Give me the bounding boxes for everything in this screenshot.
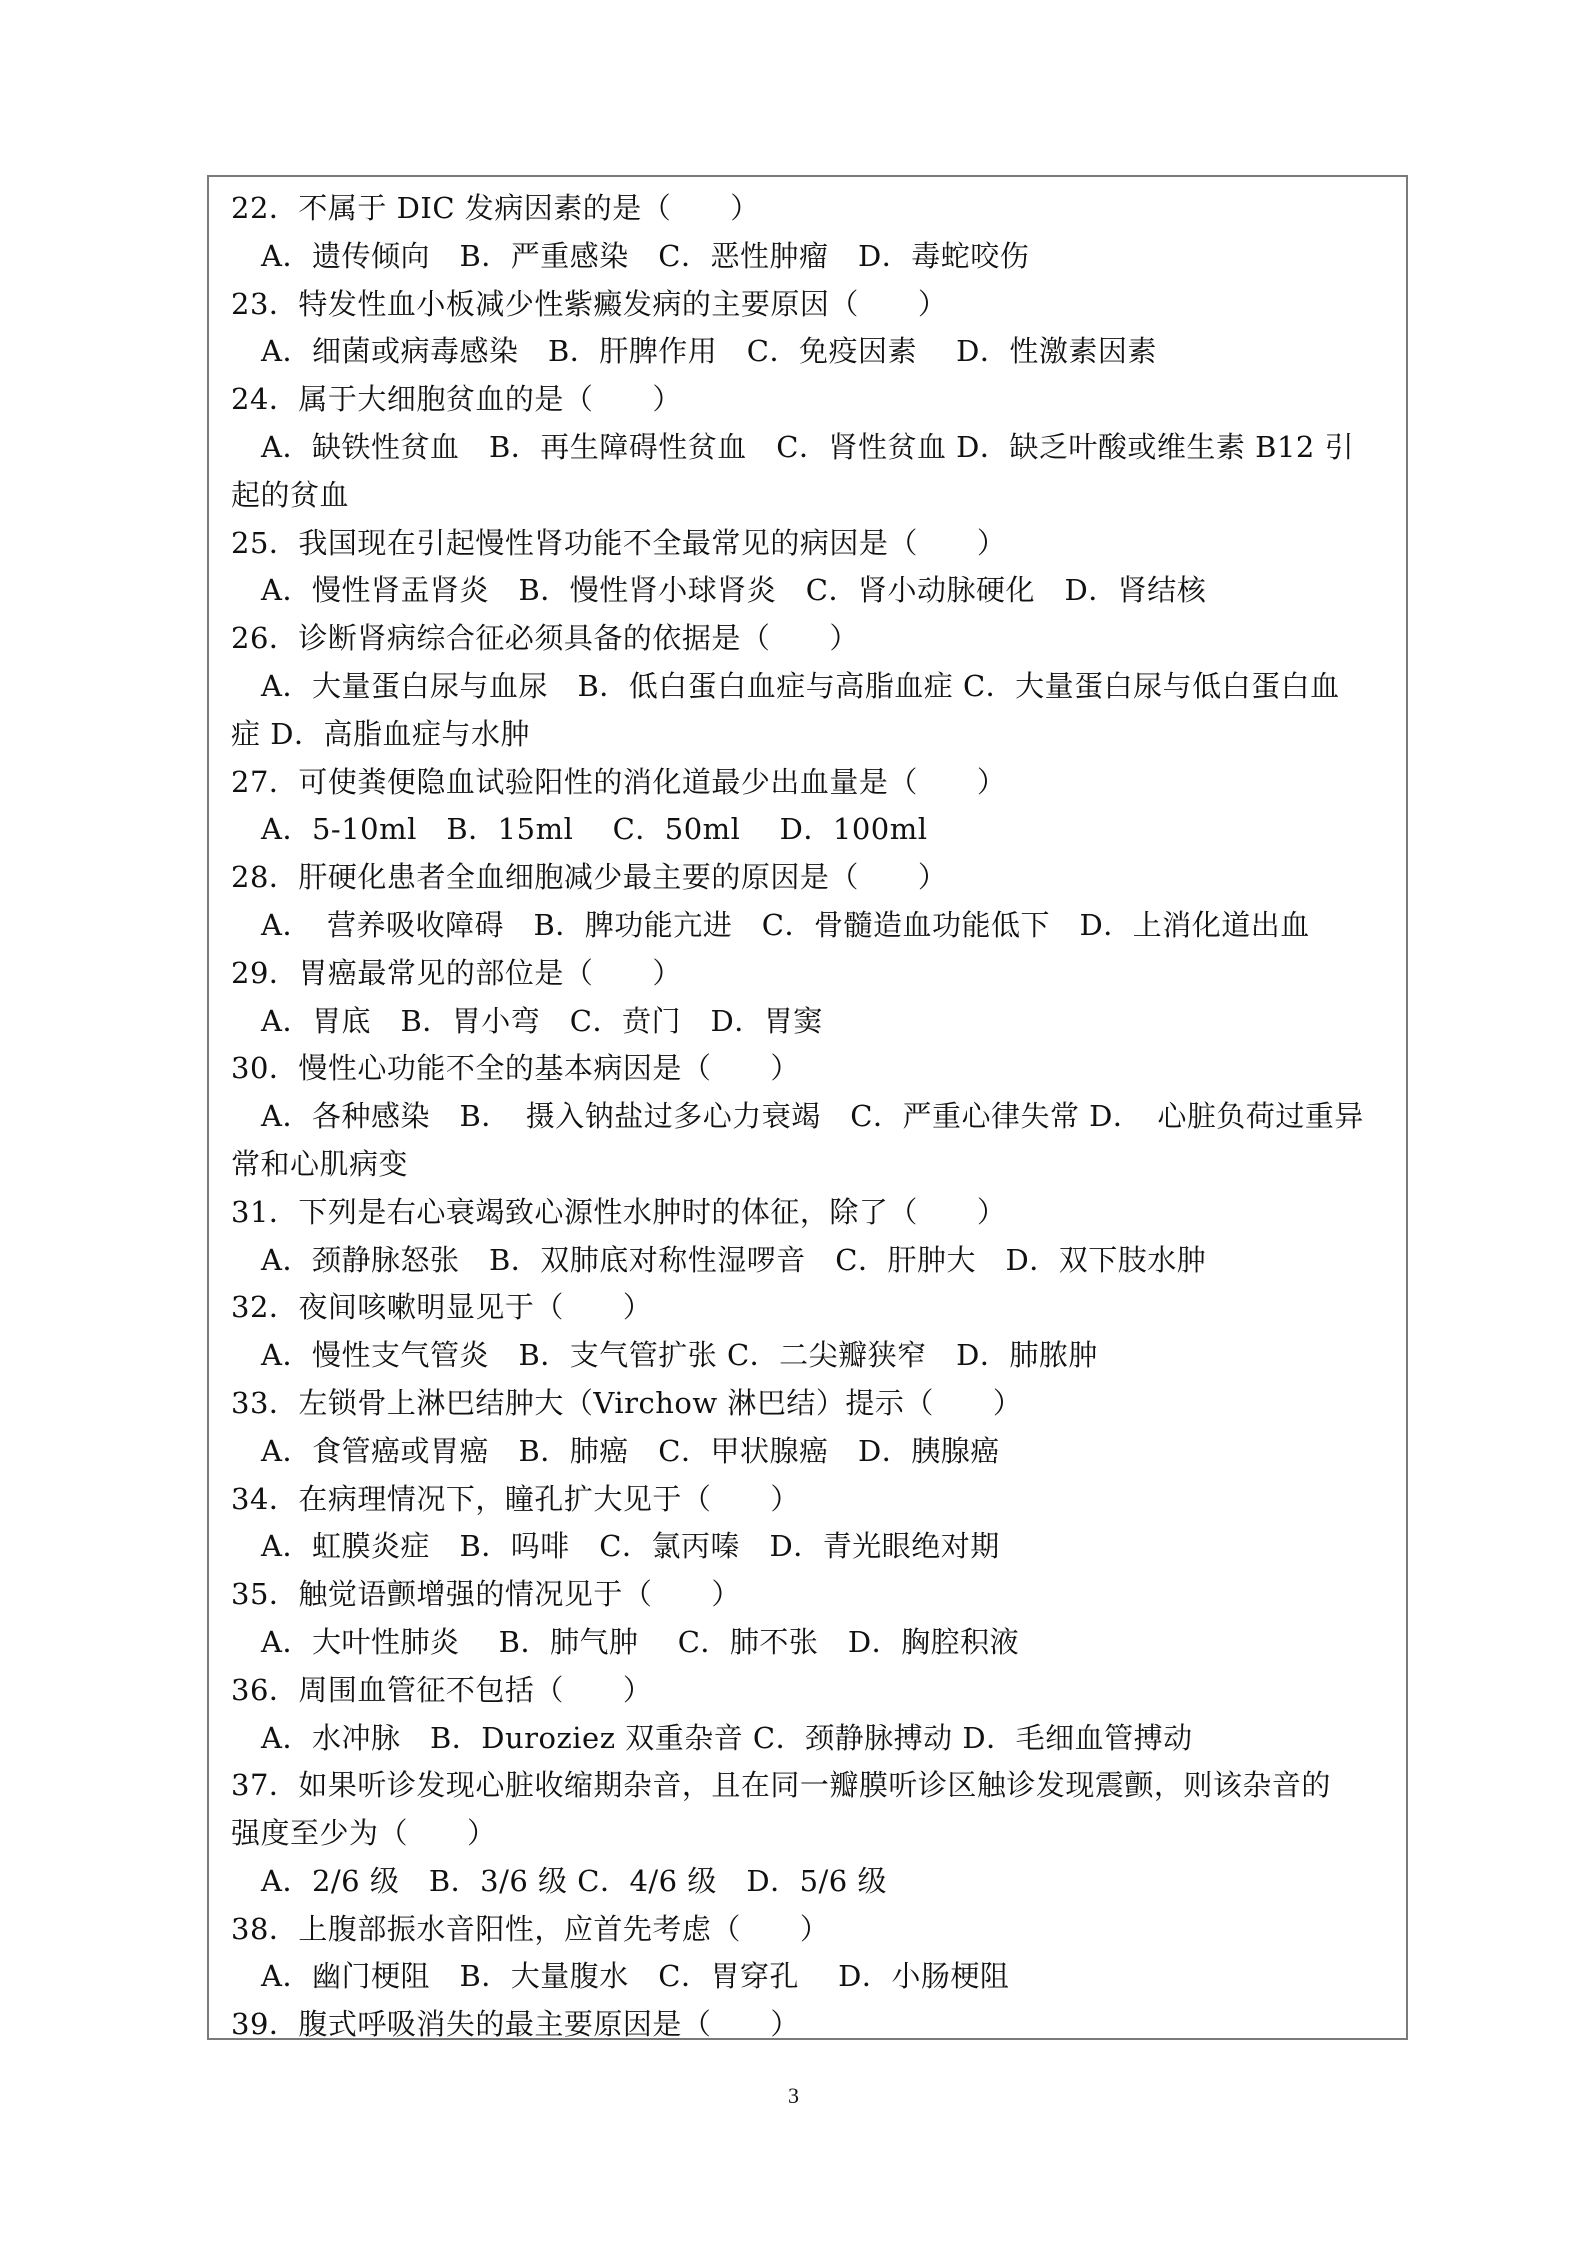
question-stem: 36．周围血管征不包括（ ） [231, 1667, 1392, 1715]
question-options: A．食管癌或胃癌 B．肺癌 C．甲状腺癌 D．胰腺癌 [231, 1428, 1392, 1476]
question-options: A．颈静脉怒张 B．双肺底对称性湿啰音 C．肝肿大 D．双下肢水肿 [231, 1237, 1392, 1285]
question-options: A．大量蛋白尿与血尿 B．低白蛋白血症与高脂血症 C．大量蛋白尿与低白蛋白血 [231, 663, 1392, 711]
question-options: A． 营养吸收障碍 B．脾功能亢进 C．骨髓造血功能低下 D．上消化道出血 [231, 902, 1392, 950]
question-27: 27．可使粪便隐血试验阳性的消化道最少出血量是（ ）A．5-10ml B．15m… [231, 759, 1392, 855]
question-stem: 强度至少为（ ） [231, 1810, 1392, 1858]
question-options: A．缺铁性贫血 B．再生障碍性贫血 C．肾性贫血 D．缺乏叶酸或维生素 B12 … [231, 424, 1392, 472]
question-stem: 31．下列是右心衰竭致心源性水肿时的体征，除了（ ） [231, 1189, 1392, 1237]
question-options: A．幽门梗阻 B．大量腹水 C．胃穿孔 D．小肠梗阻 [231, 1953, 1392, 2001]
question-29: 29．胃癌最常见的部位是（ ）A．胃底 B．胃小弯 C．贲门 D．胃窦 [231, 950, 1392, 1046]
question-24: 24．属于大细胞贫血的是（ ）A．缺铁性贫血 B．再生障碍性贫血 C．肾性贫血 … [231, 376, 1392, 519]
question-32: 32．夜间咳嗽明显见于（ ）A．慢性支气管炎 B．支气管扩张 C．二尖瓣狭窄 D… [231, 1284, 1392, 1380]
question-stem: 26．诊断肾病综合征必须具备的依据是（ ） [231, 615, 1392, 663]
question-26: 26．诊断肾病综合征必须具备的依据是（ ）A．大量蛋白尿与血尿 B．低白蛋白血症… [231, 615, 1392, 758]
question-stem: 24．属于大细胞贫血的是（ ） [231, 376, 1392, 424]
question-options: A．胃底 B．胃小弯 C．贲门 D．胃窦 [231, 998, 1392, 1046]
question-25: 25．我国现在引起慢性肾功能不全最常见的病因是（ ）A．慢性肾盂肾炎 B．慢性肾… [231, 520, 1392, 616]
question-28: 28．肝硬化患者全血细胞减少最主要的原因是（ ）A． 营养吸收障碍 B．脾功能亢… [231, 854, 1392, 950]
question-36: 36．周围血管征不包括（ ）A．水冲脉 B．Duroziez 双重杂音 C．颈静… [231, 1667, 1392, 1763]
question-39: 39．腹式呼吸消失的最主要原因是（ ） [231, 2001, 1392, 2049]
question-stem: 39．腹式呼吸消失的最主要原因是（ ） [231, 2001, 1392, 2049]
question-38: 38．上腹部振水音阳性，应首先考虑（ ）A．幽门梗阻 B．大量腹水 C．胃穿孔 … [231, 1906, 1392, 2002]
question-options: A．虹膜炎症 B．吗啡 C．氯丙嗪 D．青光眼绝对期 [231, 1523, 1392, 1571]
question-23: 23．特发性血小板减少性紫癜发病的主要原因（ ）A．细菌或病毒感染 B．肝脾作用… [231, 281, 1392, 377]
question-stem: 27．可使粪便隐血试验阳性的消化道最少出血量是（ ） [231, 759, 1392, 807]
question-stem: 30．慢性心功能不全的基本病因是（ ） [231, 1045, 1392, 1093]
page-number: 3 [0, 2083, 1587, 2109]
question-stem: 32．夜间咳嗽明显见于（ ） [231, 1284, 1392, 1332]
question-list: 22．不属于 DIC 发病因素的是（ ）A．遗传倾向 B．严重感染 C．恶性肿瘤… [231, 185, 1392, 2049]
question-stem: 33．左锁骨上淋巴结肿大（Virchow 淋巴结）提示（ ） [231, 1380, 1392, 1428]
question-22: 22．不属于 DIC 发病因素的是（ ）A．遗传倾向 B．严重感染 C．恶性肿瘤… [231, 185, 1392, 281]
question-33: 33．左锁骨上淋巴结肿大（Virchow 淋巴结）提示（ ）A．食管癌或胃癌 B… [231, 1380, 1392, 1476]
question-stem: 34．在病理情况下，瞳孔扩大见于（ ） [231, 1476, 1392, 1524]
question-35: 35．触觉语颤增强的情况见于（ ）A．大叶性肺炎 B．肺气肿 C．肺不张 D．胸… [231, 1571, 1392, 1667]
question-options-continued: 症 D．高脂血症与水肿 [231, 711, 1392, 759]
question-options: A．2/6 级 B．3/6 级 C．4/6 级 D．5/6 级 [231, 1858, 1392, 1906]
question-stem: 25．我国现在引起慢性肾功能不全最常见的病因是（ ） [231, 520, 1392, 568]
question-options-continued: 常和心肌病变 [231, 1141, 1392, 1189]
question-stem: 29．胃癌最常见的部位是（ ） [231, 950, 1392, 998]
question-options-continued: 起的贫血 [231, 472, 1392, 520]
question-options: A．慢性肾盂肾炎 B．慢性肾小球肾炎 C．肾小动脉硬化 D．肾结核 [231, 567, 1392, 615]
question-34: 34．在病理情况下，瞳孔扩大见于（ ）A．虹膜炎症 B．吗啡 C．氯丙嗪 D．青… [231, 1476, 1392, 1572]
question-options: A．5-10ml B．15ml C．50ml D．100ml [231, 806, 1392, 854]
question-stem: 35．触觉语颤增强的情况见于（ ） [231, 1571, 1392, 1619]
question-stem: 37．如果听诊发现心脏收缩期杂音，且在同一瓣膜听诊区触诊发现震颤，则该杂音的 [231, 1762, 1392, 1810]
question-stem: 23．特发性血小板减少性紫癜发病的主要原因（ ） [231, 281, 1392, 329]
question-37: 37．如果听诊发现心脏收缩期杂音，且在同一瓣膜听诊区触诊发现震颤，则该杂音的强度… [231, 1762, 1392, 1905]
question-options: A．大叶性肺炎 B．肺气肿 C．肺不张 D．胸腔积液 [231, 1619, 1392, 1667]
question-table-frame: 22．不属于 DIC 发病因素的是（ ）A．遗传倾向 B．严重感染 C．恶性肿瘤… [207, 175, 1408, 2040]
question-options: A．各种感染 B． 摄入钠盐过多心力衰竭 C．严重心律失常 D． 心脏负荷过重异 [231, 1093, 1392, 1141]
question-options: A．水冲脉 B．Duroziez 双重杂音 C．颈静脉搏动 D．毛细血管搏动 [231, 1715, 1392, 1763]
question-options: A．慢性支气管炎 B．支气管扩张 C．二尖瓣狭窄 D．肺脓肿 [231, 1332, 1392, 1380]
question-options: A．细菌或病毒感染 B．肝脾作用 C．免疫因素 D．性激素因素 [231, 328, 1392, 376]
question-30: 30．慢性心功能不全的基本病因是（ ）A．各种感染 B． 摄入钠盐过多心力衰竭 … [231, 1045, 1392, 1188]
question-stem: 38．上腹部振水音阳性，应首先考虑（ ） [231, 1906, 1392, 1954]
question-stem: 28．肝硬化患者全血细胞减少最主要的原因是（ ） [231, 854, 1392, 902]
question-stem: 22．不属于 DIC 发病因素的是（ ） [231, 185, 1392, 233]
question-options: A．遗传倾向 B．严重感染 C．恶性肿瘤 D．毒蛇咬伤 [231, 233, 1392, 281]
question-31: 31．下列是右心衰竭致心源性水肿时的体征，除了（ ）A．颈静脉怒张 B．双肺底对… [231, 1189, 1392, 1285]
